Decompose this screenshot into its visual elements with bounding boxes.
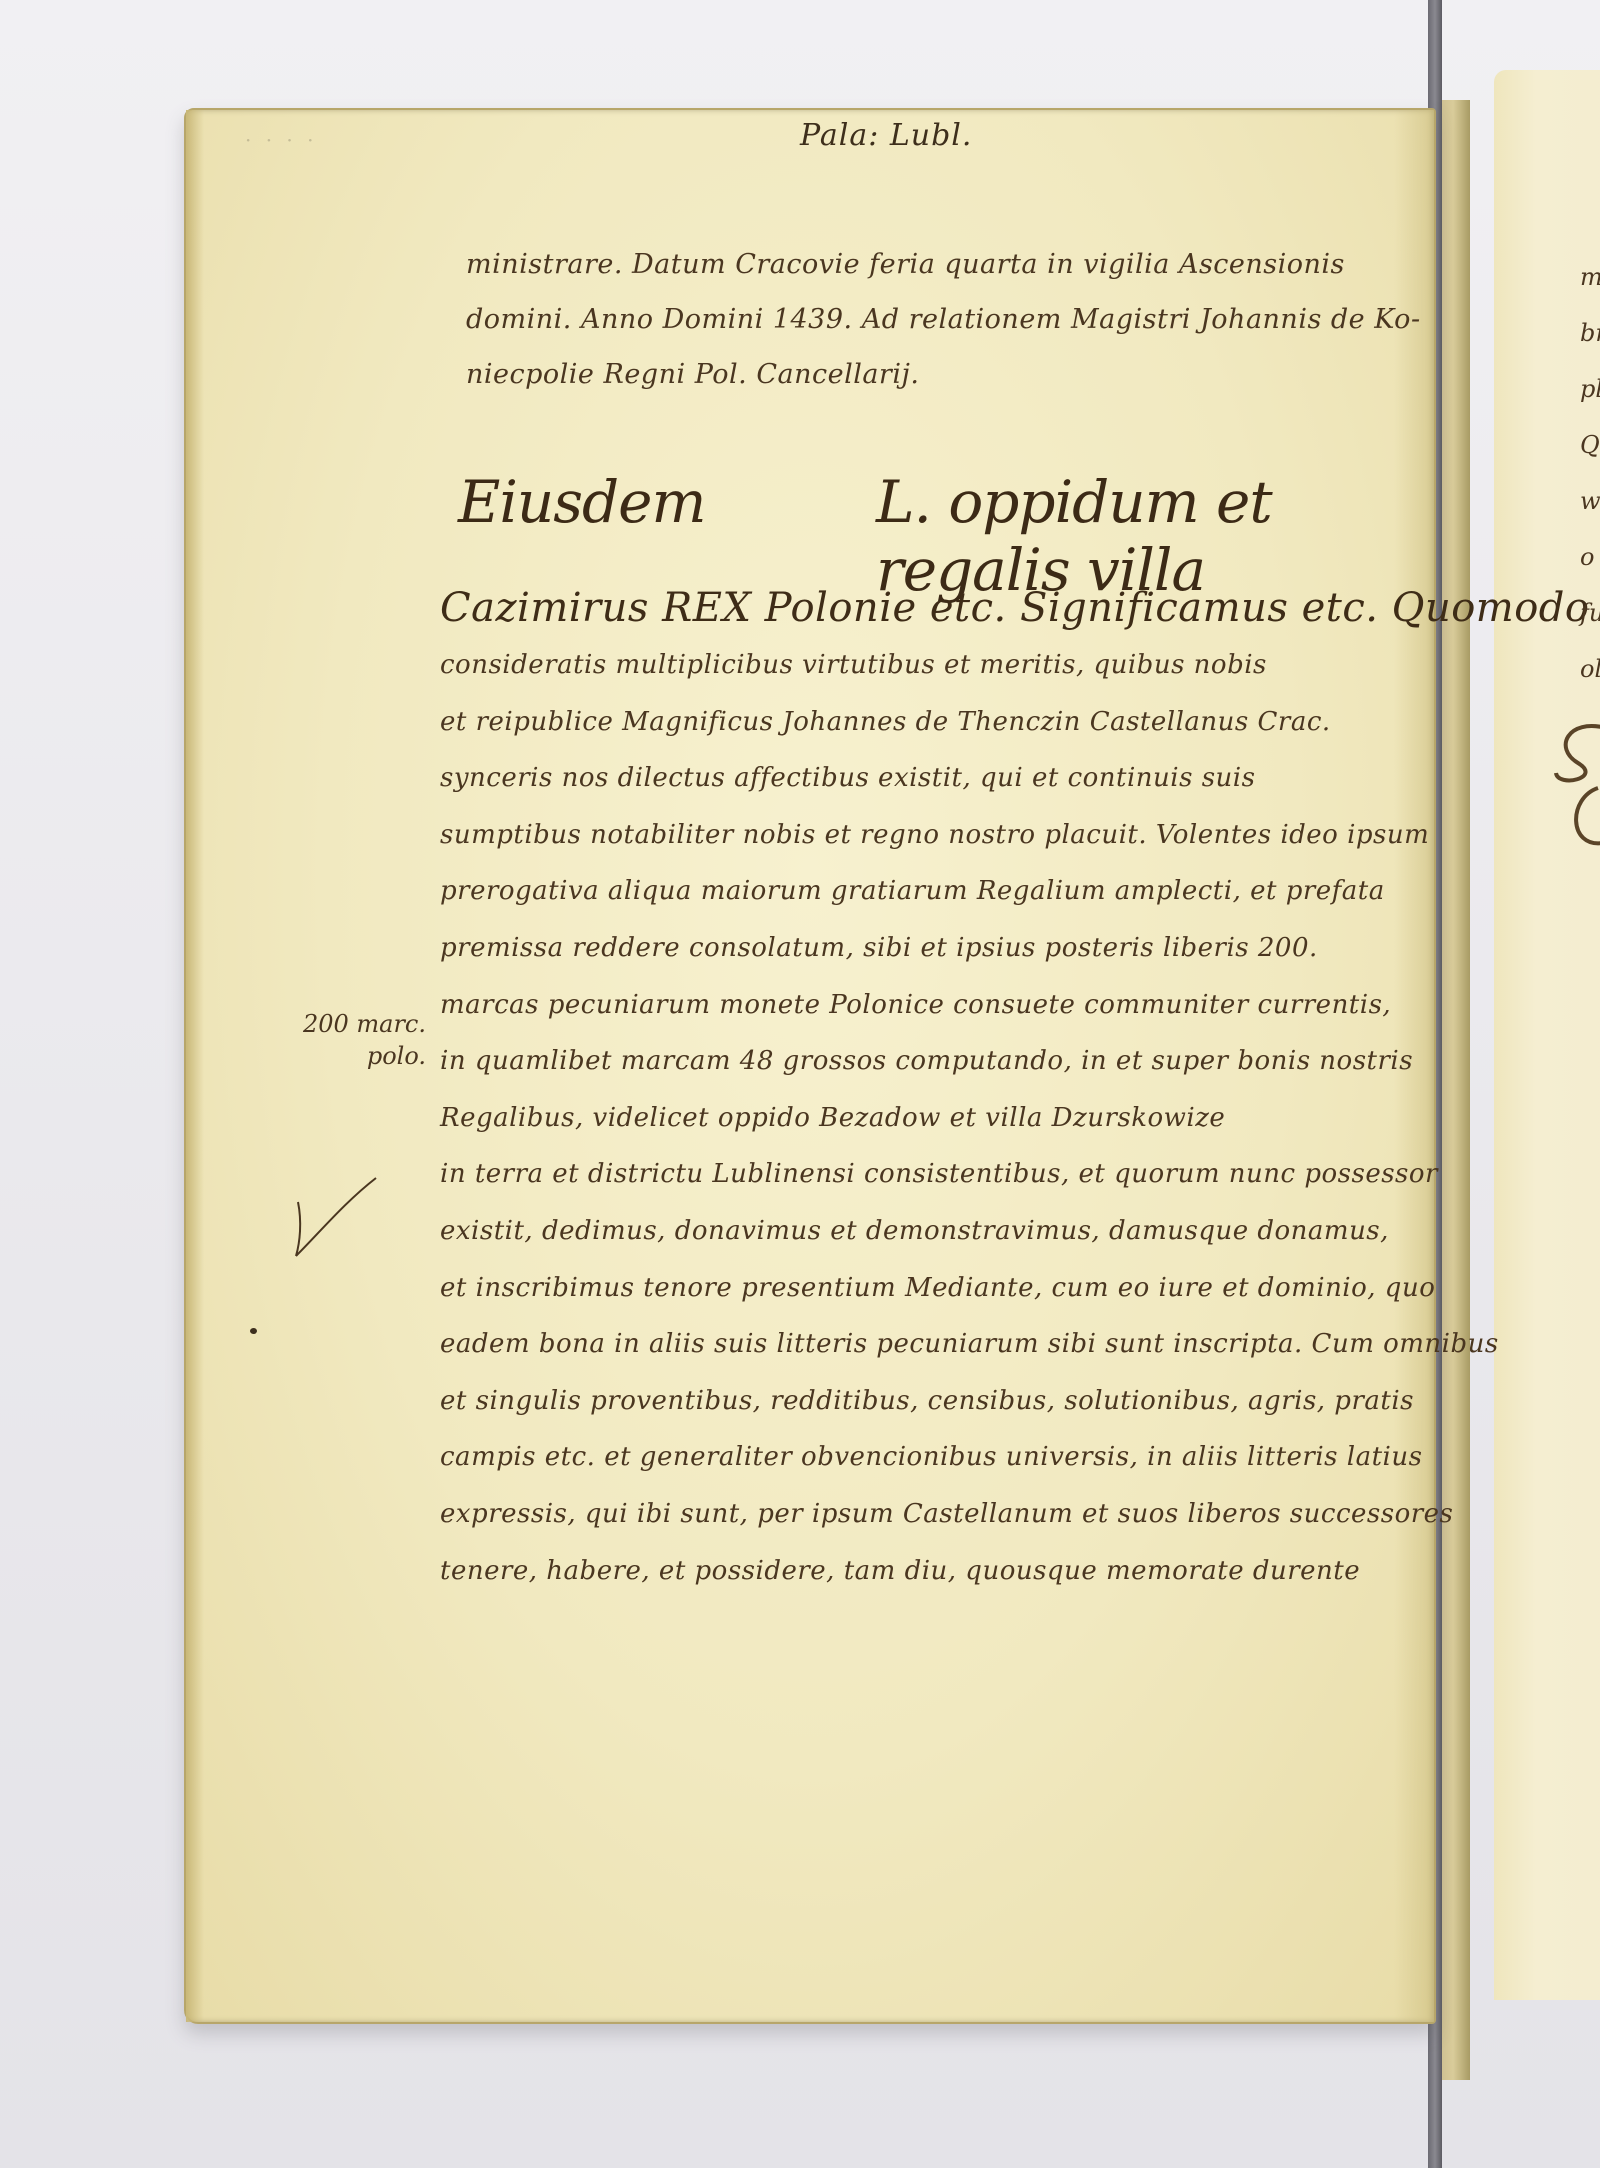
text-line: eadem bona in aliis suis litteris pecuni… [440,1329,1360,1386]
check-mark-icon [290,1172,380,1266]
text-line: tenere, habere, et possidere, tam diu, q… [440,1556,1360,1613]
right-page-flourish-icon [1548,718,1600,862]
ink-dot-icon [250,1328,257,1334]
text-line: ministrare. Datum Cracovie feria quarta … [466,250,1346,305]
section-heading: Eiusdem L. oppidum et regalis villa [458,468,1358,558]
text-line: et inscribimus tenore presentium Mediant… [440,1273,1360,1330]
text-line: in quamlibet marcam 48 grossos computand… [440,1046,1360,1103]
text-line: existit, dedimus, donavimus et demonstra… [440,1216,1360,1273]
fragment: fu [1580,598,1600,654]
opening-paragraph: ministrare. Datum Cracovie feria quarta … [466,250,1346,415]
text-line: Regalibus, videlicet oppido Bezadow et v… [440,1103,1360,1160]
text-line: et reipublice Magnificus Johannes de The… [440,707,1360,764]
fragment: ol [1580,654,1600,710]
text-line: campis etc. et generaliter obvencionibus… [440,1442,1360,1499]
margin-note-currency: polo. [296,1040,426,1072]
fragment: ma [1580,262,1600,318]
text-line: in terra et districtu Lublinensi consist… [440,1159,1360,1216]
book-gutter [1442,100,1470,2080]
margin-note: 200 marc. polo. [296,1008,426,1072]
text-line: Cazimirus REX Polonie etc. Significamus … [440,580,1360,650]
text-line: synceris nos dilectus affectibus existit… [440,763,1360,820]
text-line: et singulis proventibus, redditibus, cen… [440,1386,1360,1443]
text-line: domini. Anno Domini 1439. Ad relationem … [466,305,1346,360]
margin-note-amount: 200 marc. [296,1008,426,1040]
faint-corner-marks: · · · · [245,128,318,152]
fragment: o [1580,542,1600,598]
text-line: marcas pecuniarum monete Polonice consue… [440,990,1360,1047]
fragment: br [1580,318,1600,374]
page-header-mark: Pala: Lubl. [800,118,972,153]
fragment: pl [1580,374,1600,430]
heading-eiusdem: Eiusdem [458,468,705,536]
text-line: consideratis multiplicibus virtutibus et… [440,650,1360,707]
text-line: sumptibus notabiliter nobis et regno nos… [440,820,1360,877]
text-line: niecpolie Regni Pol. Cancellarij. [466,360,1346,415]
fragment: w [1580,486,1600,542]
text-line: expressis, qui ibi sunt, per ipsum Caste… [440,1499,1360,1556]
text-line: premissa reddere consolatum, sibi et ips… [440,933,1360,990]
fragment: Q [1580,430,1600,486]
text-line: prerogativa aliqua maiorum gratiarum Reg… [440,876,1360,933]
right-page-text-fragments: ma br pl Q w o fu ol [1580,262,1600,710]
charter-text: Cazimirus REX Polonie etc. Significamus … [440,580,1360,1612]
